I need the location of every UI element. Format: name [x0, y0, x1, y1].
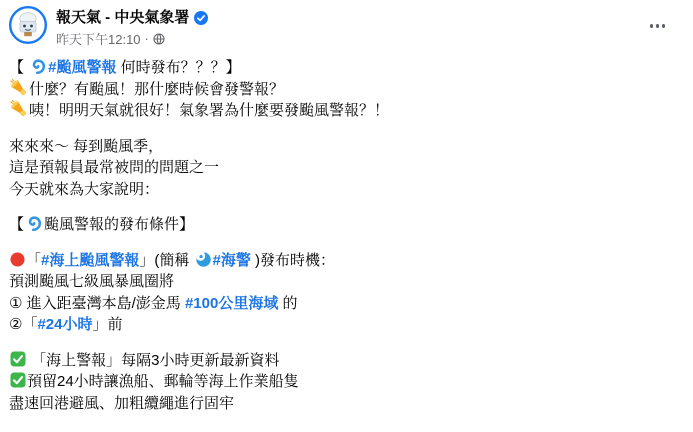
- post-line: 預測颱風七級風暴風圈將: [9, 273, 174, 290]
- text-segment: 【: [9, 59, 28, 76]
- hashtag-link[interactable]: #颱風警報: [48, 59, 116, 76]
- red-circle-icon: [10, 252, 25, 267]
- page-name-link[interactable]: 報天氣 - 中央氣象署: [56, 8, 189, 27]
- post-line: ① 進入距臺灣本島/澎金馬 #100公里海域 的: [9, 295, 298, 312]
- name-row: 報天氣 - 中央氣象署: [56, 8, 209, 27]
- hashtag-link[interactable]: #24小時: [37, 316, 92, 333]
- facebook-post: 報天氣 - 中央氣象署 昨天下午12:10 · 【 #颱風警報 何時發布？？？】: [0, 0, 693, 432]
- text-segment: 來來來～ 每到颱風季，: [9, 138, 163, 155]
- paragraph: 「#海上颱風警報」(簡稱 #海警 )發布時機： 預測颱風七級風暴風圈將 ① 進入…: [9, 250, 683, 336]
- header-text: 報天氣 - 中央氣象署 昨天下午12:10 ·: [56, 6, 209, 48]
- megaphone-icon: [10, 100, 28, 118]
- text-segment: 【: [9, 216, 24, 233]
- wave-icon: [195, 251, 212, 268]
- page-avatar-image: [9, 6, 47, 44]
- verified-badge-icon: [194, 11, 208, 25]
- text-segment: 這是預報員最常被問的問題之一: [9, 159, 219, 176]
- post-line: 盡速回港避風、加粗纜繩進行固牢: [9, 395, 234, 412]
- separator-dot: ·: [145, 31, 149, 46]
- timestamp-row: 昨天下午12:10 ·: [56, 29, 209, 48]
- post-line: ②「#24小時」前: [9, 316, 123, 333]
- hashtag-link[interactable]: #海上颱風警報: [41, 252, 139, 269]
- megaphone-icon: [10, 79, 28, 97]
- text-segment: 的: [278, 295, 297, 312]
- text-segment: 咦！明明天氣就很好！氣象署為什麼要發颱風警報？！: [29, 102, 389, 119]
- check-mark-icon: [10, 351, 26, 367]
- text-segment: 預留24小時讓漁船、郵輪等海上作業船隻: [27, 373, 299, 390]
- hashtag-link[interactable]: #海警: [213, 252, 251, 269]
- text-segment: 盡速回港避風、加粗纜繩進行固牢: [9, 395, 234, 412]
- text-segment: 何時發布？？？】: [117, 59, 241, 76]
- post-line: 這是預報員最常被問的問題之一: [9, 159, 219, 176]
- post-body-text: 【 #颱風警報 何時發布？？？】 什麼？有颱風！那什麼時候會發警報？ 咦！明明天…: [0, 48, 693, 414]
- cyclone-icon: [29, 57, 47, 75]
- text-segment: 颱風警報的發布條件】: [44, 216, 194, 233]
- check-mark-icon: [10, 372, 26, 388]
- text-segment: 預測颱風七級風暴風圈將: [9, 273, 174, 290]
- post-line: 今天就來為大家說明：: [9, 181, 159, 198]
- paragraph: 來來來～ 每到颱風季， 這是預報員最常被問的問題之一 今天就來為大家說明：: [9, 136, 683, 201]
- post-line: 咦！明明天氣就很好！氣象署為什麼要發颱風警報？！: [9, 102, 389, 119]
- timestamp-link[interactable]: 昨天下午12:10: [56, 29, 141, 48]
- text-segment: 什麼？有颱風！那什麼時候會發警報？: [29, 81, 284, 98]
- text-segment: 「海上警報」每隔3小時更新最新資料: [27, 352, 280, 369]
- cyclone-icon: [25, 214, 43, 232]
- post-line: 「#海上颱風警報」(簡稱 #海警 )發布時機：: [9, 252, 335, 269]
- paragraph: 【 #颱風警報 何時發布？？？】 什麼？有颱風！那什麼時候會發警報？ 咦！明明天…: [9, 57, 683, 122]
- hashtag-link[interactable]: #100公里海域: [185, 295, 278, 312]
- text-segment: 」前: [92, 316, 122, 333]
- text-segment: 」(簡稱: [139, 252, 193, 269]
- post-line: 【 #颱風警報 何時發布？？？】: [9, 59, 241, 76]
- text-segment: 今天就來為大家說明：: [9, 181, 159, 198]
- post-header: 報天氣 - 中央氣象署 昨天下午12:10 ·: [0, 0, 693, 48]
- post-line: 【颱風警報的發布條件】: [9, 216, 194, 233]
- globe-privacy-icon: [153, 33, 165, 45]
- more-options-icon[interactable]: [646, 20, 670, 32]
- text-segment: )發布時機：: [251, 252, 335, 269]
- paragraph: 【颱風警報的發布條件】: [9, 214, 683, 236]
- paragraph: 「海上警報」每隔3小時更新最新資料 預留24小時讓漁船、郵輪等海上作業船隻 盡速…: [9, 350, 683, 415]
- avatar[interactable]: [9, 6, 47, 44]
- post-line: 什麼？有颱風！那什麼時候會發警報？: [9, 81, 284, 98]
- text-segment: ① 進入距臺灣本島/澎金馬: [9, 295, 185, 312]
- post-line: 來來來～ 每到颱風季，: [9, 138, 163, 155]
- text-segment: ②「: [9, 316, 37, 333]
- post-line: 「海上警報」每隔3小時更新最新資料: [9, 352, 280, 369]
- text-segment: 「: [26, 252, 41, 269]
- post-line: 預留24小時讓漁船、郵輪等海上作業船隻: [9, 373, 299, 390]
